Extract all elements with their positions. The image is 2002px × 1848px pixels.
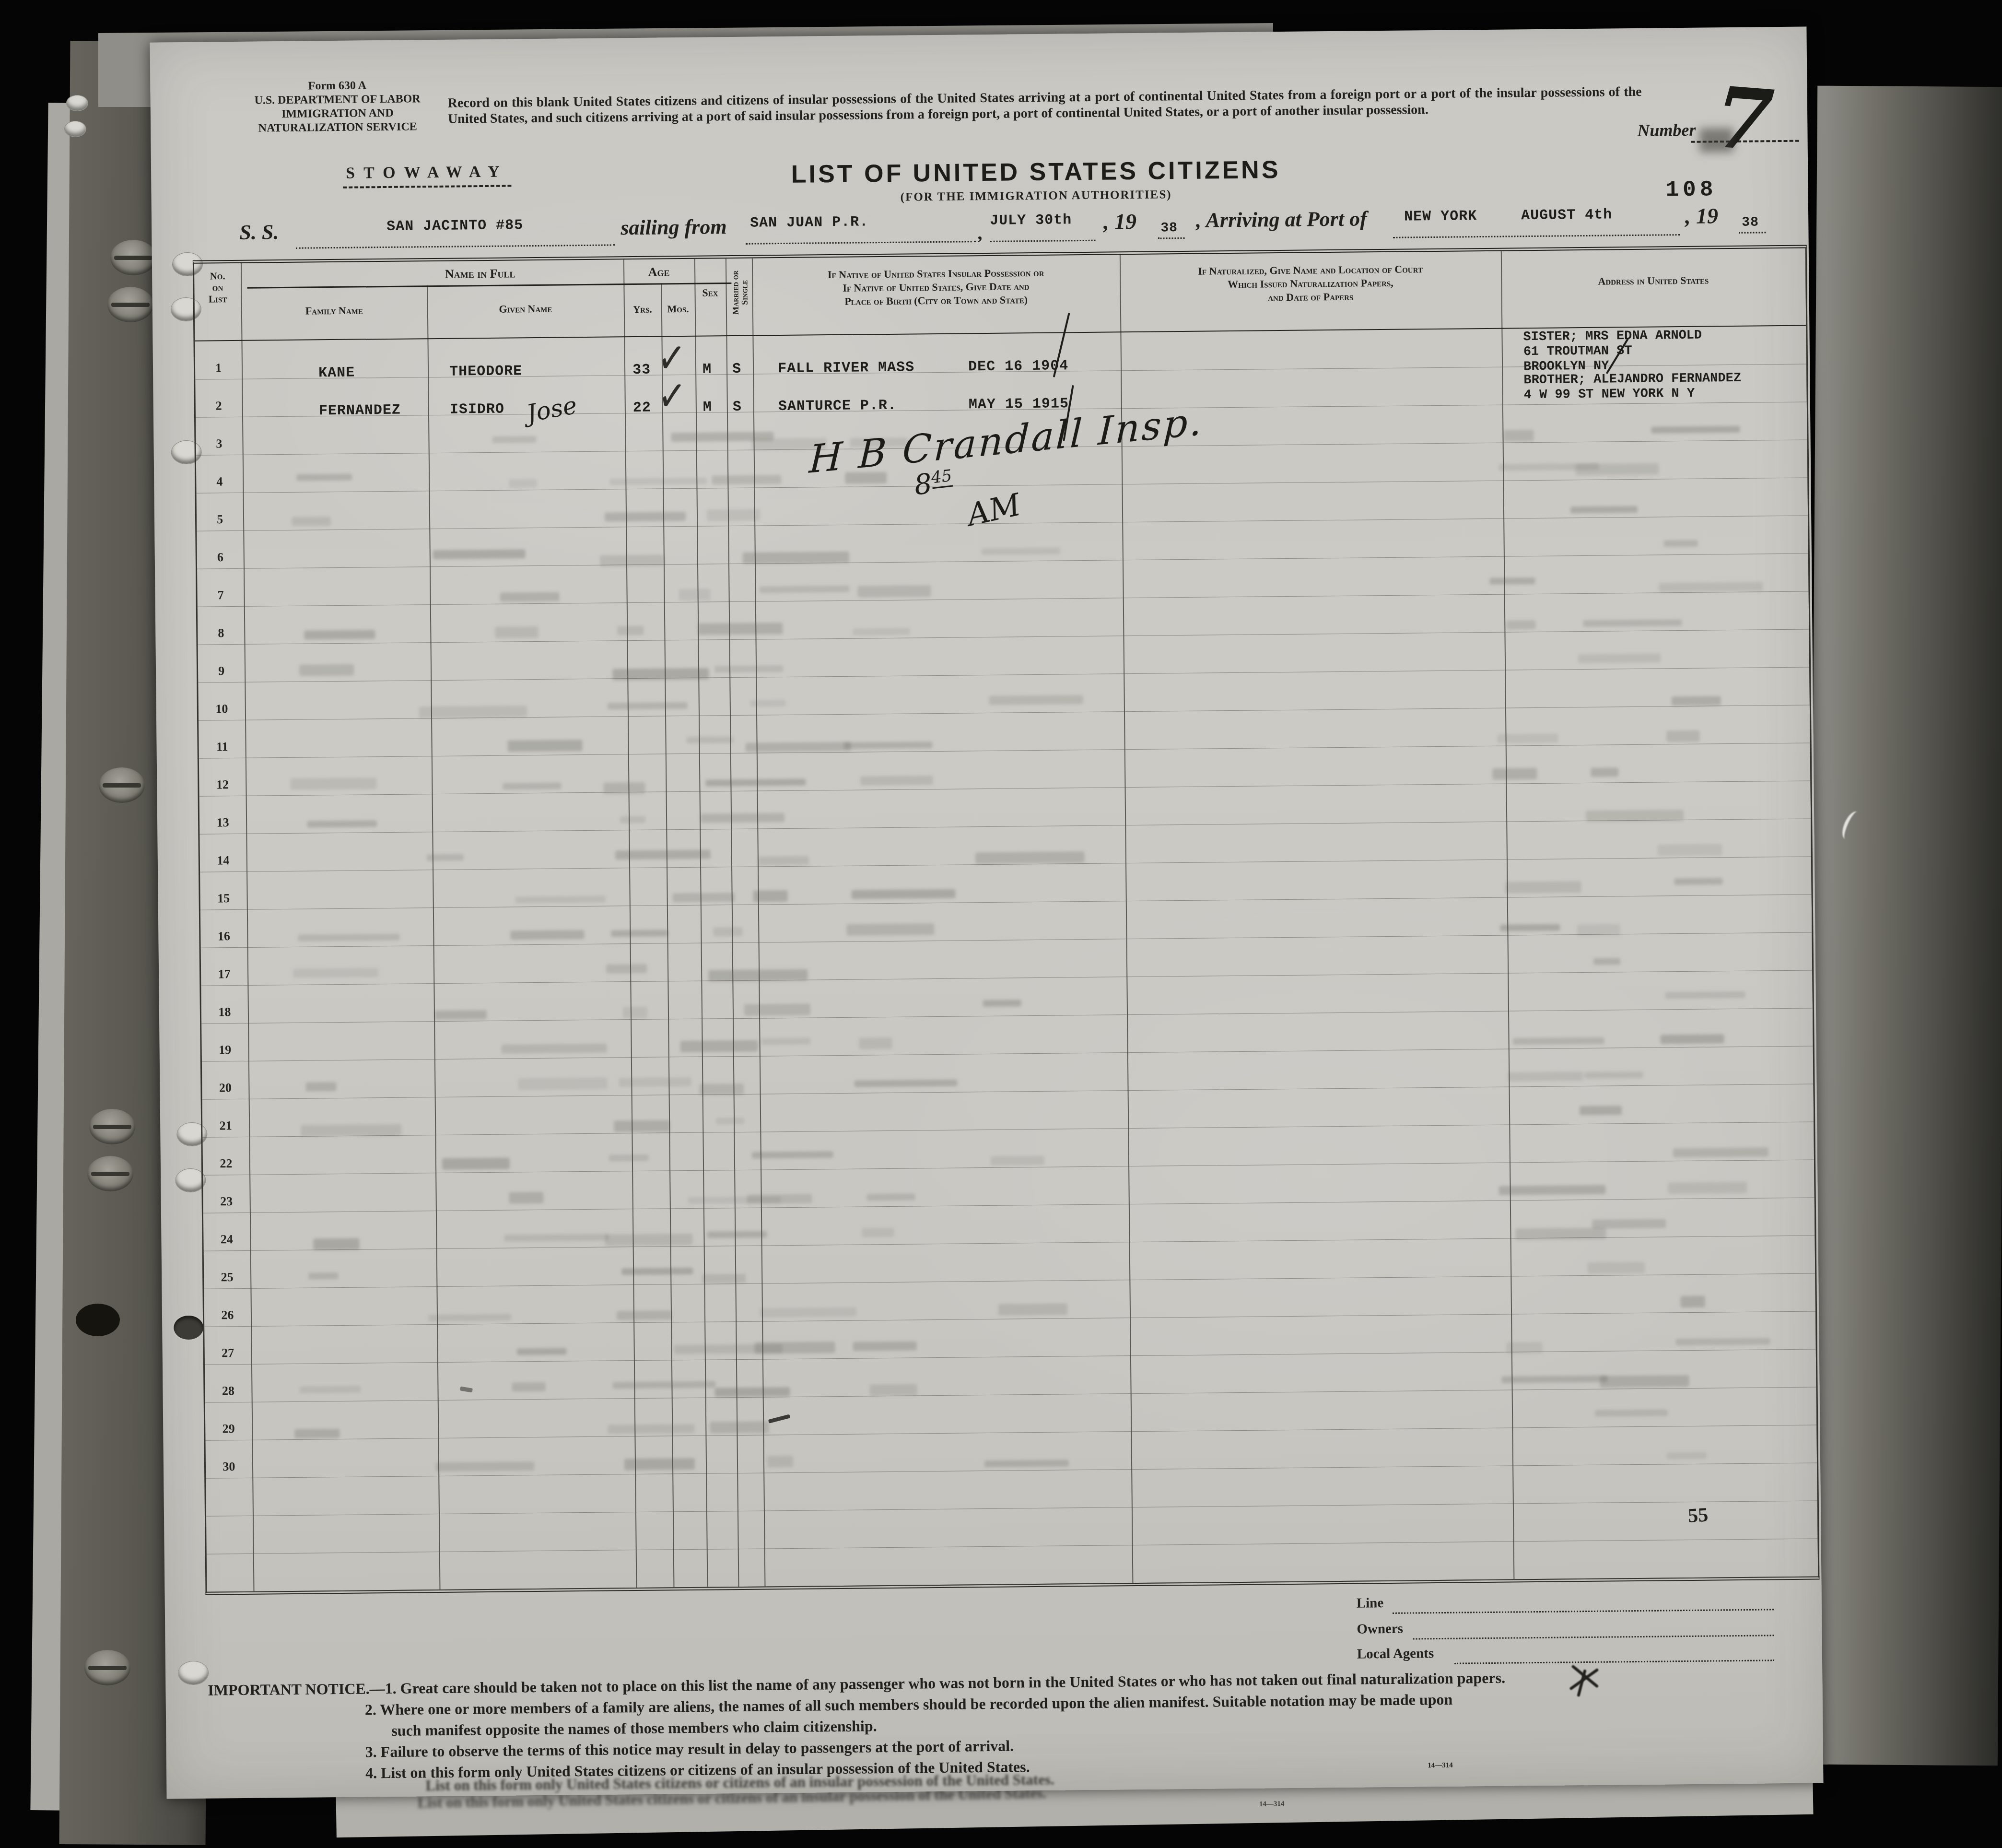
row-number: 26: [204, 1308, 251, 1323]
bleed-through-smudge: [1499, 1185, 1606, 1195]
arriving-label: , Arriving at Port of: [1196, 206, 1367, 232]
bleed-through-smudge: [492, 436, 536, 443]
number-label: Number: [1637, 120, 1696, 141]
page-title: LIST OF UNITED STATES CITIZENS: [717, 155, 1355, 190]
bleed-through-smudge: [1665, 991, 1745, 999]
punch-hole: [66, 95, 88, 111]
bleed-through-smudge: [307, 820, 377, 827]
bleed-through-smudge: [707, 1231, 767, 1238]
bleed-through-smudge: [750, 700, 786, 707]
bleed-through-smudge: [1591, 767, 1618, 777]
col-header-native-birth: If Native of United States Insular Posse…: [752, 265, 1120, 309]
bleed-through-smudge: [984, 1460, 1069, 1467]
bleed-through-smudge: [759, 586, 849, 593]
fastener-screw: [87, 1156, 133, 1191]
time-minutes: 45: [930, 466, 953, 489]
row-number: 11: [199, 740, 245, 754]
header-rule: [247, 282, 731, 289]
bleed-through-smudge: [753, 890, 788, 902]
bleed-through-smudge: [517, 1348, 567, 1355]
bleed-through-smudge: [844, 742, 933, 749]
bleed-through-smudge: [1587, 1262, 1645, 1274]
sailing-port: SAN JUAN P.R.: [750, 214, 868, 231]
bleed-through-smudge: [867, 1193, 915, 1201]
line-rule: [1393, 1591, 1774, 1614]
form-id-block: Form 630 A U.S. DEPARTMENT OF LABOR IMMI…: [222, 78, 453, 136]
col-header-address: Address in United States: [1501, 273, 1805, 289]
arrival-date: AUGUST 4th: [1521, 207, 1612, 224]
fastener-screw: [84, 1650, 130, 1685]
bleed-through-smudge: [716, 1118, 744, 1125]
row-number: 6: [197, 550, 244, 565]
row-number: 10: [199, 702, 245, 717]
bleed-through-smudge: [688, 1196, 781, 1204]
punch-hole-dark: [76, 1304, 120, 1336]
bleed-through-smudge: [299, 664, 354, 676]
row-number: 17: [201, 967, 247, 982]
ink-smudge: [1699, 128, 1733, 153]
stamp-108: 108: [1665, 177, 1717, 202]
bleed-through-smudge: [1508, 1071, 1583, 1082]
bleed-through-smudge: [674, 1344, 783, 1354]
bleed-through-smudge: [605, 512, 686, 522]
bleed-through-smudge: [854, 1080, 957, 1087]
bleed-through-smudge: [296, 474, 352, 481]
bleed-through-smudge: [620, 816, 645, 824]
bleed-through-smudge: [1666, 730, 1699, 742]
bleed-through-smudge: [308, 1272, 338, 1280]
bleed-through-smudge: [1658, 844, 1722, 856]
row-number: 12: [199, 777, 246, 792]
bleed-through-smudge: [298, 934, 399, 942]
bleed-through-smudge: [989, 695, 1083, 705]
bleed-through-smudge: [1580, 1106, 1622, 1115]
bleed-through-smudge: [502, 1044, 607, 1054]
bleed-through-smudge: [1593, 958, 1620, 965]
owners-label: Owners: [1357, 1621, 1403, 1637]
bleed-through-smudge: [1570, 506, 1638, 513]
bleed-through-smudge: [686, 736, 733, 743]
bleed-through-smudge: [714, 665, 783, 672]
sailing-year-value: 38: [1158, 221, 1184, 239]
bleed-through-smudge: [433, 549, 526, 559]
bleed-through-smudge: [983, 1000, 1021, 1007]
bleed-through-smudge: [743, 552, 849, 564]
bleed-through-smudge: [853, 1341, 917, 1351]
bleed-through-smudge: [862, 1228, 894, 1237]
col-header-age: Age: [623, 265, 694, 280]
sailing-date: JULY 30th: [990, 212, 1072, 229]
bleed-through-smudge: [504, 1234, 609, 1242]
bleed-through-smudge: [500, 592, 560, 602]
bleed-through-smudge: [680, 1040, 758, 1053]
bleed-through-smudge: [1600, 1375, 1689, 1388]
bleed-through-smudge: [869, 1384, 917, 1396]
bleed-through-smudge: [1489, 577, 1535, 585]
bleed-through-smudge: [434, 1010, 487, 1020]
sailing-from-label: sailing from: [621, 214, 727, 240]
bleed-through-smudge: [975, 851, 1085, 864]
bleed-through-smudge: [1667, 1452, 1707, 1460]
bleed-through-smudge: [615, 850, 711, 860]
bleed-through-smudge: [714, 1387, 790, 1397]
punch-hole: [178, 1661, 209, 1685]
bleed-through-smudge: [701, 813, 784, 823]
fastener-screw: [89, 1109, 135, 1144]
bleed-through-smudge: [852, 889, 956, 899]
bleed-through-smudge: [1506, 620, 1535, 630]
bleed-through-smudge: [1664, 540, 1698, 547]
bleed-through-smudge: [1500, 924, 1560, 931]
punch-hole: [64, 121, 86, 137]
row-number: 9: [198, 664, 245, 679]
bleed-through-smudge: [712, 475, 781, 484]
row-number: 8: [198, 626, 244, 641]
comma: ,: [977, 222, 982, 244]
row-number: 25: [204, 1270, 250, 1285]
bleed-through-smudge: [673, 893, 735, 902]
bleed-through-smudge: [702, 1274, 746, 1283]
bleed-through-smudge: [1672, 696, 1721, 706]
row-number: 22: [203, 1156, 249, 1171]
bleed-through-smudge: [305, 1082, 336, 1092]
bleed-through-smudge: [746, 742, 851, 752]
local-agents-rule: [1454, 1642, 1774, 1664]
bleed-through-smudge: [853, 628, 910, 636]
row-number: 21: [202, 1118, 249, 1133]
bleed-through-smudge: [294, 1429, 340, 1438]
fastener-screw: [107, 287, 153, 322]
bleed-through-smudge: [612, 1381, 715, 1389]
bleed-through-smudge: [1651, 426, 1740, 434]
arrival-port: NEW YORK: [1404, 208, 1477, 225]
col-header-yrs: Yrs.: [624, 303, 661, 316]
bleed-through-smudge: [624, 1458, 695, 1470]
scan-background: List on this form only United States cit…: [0, 0, 2002, 1848]
sailing-year-printed: , 19: [1103, 209, 1137, 235]
bleed-through-smudge: [860, 776, 933, 785]
col-header-no-on-list: No. on List: [194, 270, 241, 305]
bleed-through-smudge: [1492, 768, 1537, 780]
row-number: 1: [195, 361, 242, 376]
bleed-through-smudge: [1592, 1219, 1666, 1228]
bleed-through-smudge: [608, 1424, 694, 1434]
manifest-table-rows: 1KANETHEODORE33✓MSFALL RIVER MASSDEC 16 …: [195, 326, 1806, 341]
row-number: 14: [200, 853, 246, 868]
col-header-mos: Mos.: [661, 303, 695, 316]
bleed-through-smudge: [767, 1456, 793, 1468]
col-header-family-name: Family Name: [241, 304, 427, 318]
local-agents-label: Local Agents: [1357, 1646, 1434, 1662]
print-code-ghost: 14—314: [1259, 1800, 1285, 1809]
bleed-through-smudge: [442, 1158, 510, 1170]
col-header-sex: Sex: [694, 286, 726, 299]
page-number-stamp: 55: [1687, 1504, 1709, 1528]
bleed-through-smudge: [609, 478, 707, 485]
fastener-screw: [99, 767, 145, 803]
bleed-through-smudge: [679, 589, 710, 600]
bleed-through-smudge: [1659, 582, 1763, 592]
row-number: 27: [205, 1346, 251, 1361]
bleed-through-smudge: [611, 930, 668, 937]
bleed-through-smudge: [617, 626, 644, 636]
row-number: 23: [203, 1194, 250, 1209]
bleed-through-smudge: [1503, 430, 1534, 442]
bleed-through-smudge: [503, 783, 561, 790]
bleed-through-smudge: [846, 923, 934, 936]
bleed-through-smudge: [752, 1151, 833, 1159]
row-number: 19: [202, 1043, 248, 1058]
row-number: 4: [196, 474, 243, 489]
bleed-through-smudge: [436, 1461, 534, 1471]
bleed-through-smudge: [428, 1314, 511, 1322]
bleed-through-smudge: [508, 740, 583, 752]
col-header-naturalized: If Naturalized, Give Name and Location o…: [1120, 262, 1501, 306]
bleed-through-smudge: [290, 777, 376, 790]
arrival-year-printed: , 19: [1685, 203, 1719, 229]
bleed-through-smudge: [698, 623, 783, 635]
bleed-through-smudge: [605, 1234, 692, 1246]
bleed-through-smudge: [1513, 1037, 1604, 1045]
bleed-through-smudge: [991, 1156, 1044, 1165]
bleed-through-smudge: [982, 547, 1060, 555]
bleed-through-smudge: [744, 1004, 810, 1016]
bleed-through-smudge: [1661, 1034, 1724, 1044]
bleed-through-smudge: [1578, 653, 1661, 663]
bleed-through-smudge: [515, 896, 606, 904]
bleed-through-smudge: [705, 779, 806, 787]
bleed-through-smudge: [1501, 1376, 1607, 1383]
bleed-through-smudge: [301, 1124, 401, 1137]
arrival-year-value: 38: [1739, 215, 1766, 234]
row-number: 24: [203, 1232, 250, 1247]
bleed-through-smudge: [1584, 1071, 1643, 1079]
bleed-through-smudge: [509, 1192, 544, 1204]
bleed-through-smudge: [313, 1238, 359, 1250]
fastener-screw: [110, 240, 156, 275]
row-number: 29: [205, 1422, 252, 1436]
ss-label: S. S.: [239, 220, 279, 245]
stowaway-stamp: STOWAWAY: [343, 163, 511, 188]
bleed-through-smudge: [1673, 1147, 1768, 1157]
bleed-through-smudge: [1505, 881, 1581, 894]
bleed-through-smudge: [1583, 619, 1682, 627]
bleed-through-smudge: [998, 1303, 1067, 1315]
bleed-through-smudge: [609, 1154, 649, 1162]
bleed-through-smudge: [509, 479, 537, 488]
row-number: 3: [196, 436, 242, 451]
row-number: 16: [200, 929, 247, 944]
bleed-through-smudge: [292, 517, 331, 526]
form-instructions: Record on this blank United States citiz…: [448, 84, 1642, 127]
bleed-through-smudge: [608, 702, 688, 710]
bleed-through-smudge: [710, 1421, 769, 1433]
row-number: 2: [196, 399, 242, 413]
punch-hole-dark: [174, 1316, 203, 1340]
bleed-through-smudge: [713, 927, 742, 937]
owners-rule: [1413, 1617, 1774, 1639]
bleed-through-smudge: [760, 1307, 856, 1318]
bleed-through-smudge: [299, 1386, 361, 1393]
bleed-through-smudge: [859, 1037, 892, 1049]
row-number: 13: [199, 815, 246, 830]
row-number: 5: [197, 512, 243, 527]
bleed-through-smudge: [1681, 1296, 1705, 1307]
bleed-through-smudge: [1595, 1409, 1668, 1416]
bleed-through-smudge: [614, 1120, 670, 1132]
bleed-through-smudge: [304, 630, 375, 639]
bleed-through-smudge: [707, 509, 760, 521]
cell-address: BROTHER; ALEJANDRO FERNANDEZ4 W 99 ST NE…: [1523, 370, 1812, 403]
row-number: 15: [200, 891, 246, 906]
bleed-through-smudge: [1575, 463, 1659, 476]
bleed-through-smudge: [1497, 734, 1558, 743]
bleed-through-smudge: [1674, 878, 1722, 885]
bleed-through-smudge: [623, 1007, 647, 1018]
bleed-through-smudge: [510, 930, 584, 940]
col-header-given-name: Given Name: [427, 302, 624, 316]
number-value-handwritten: 7: [1711, 68, 1777, 171]
bleed-through-smudge: [1676, 1338, 1770, 1345]
ship-name: SAN JACINTO #85: [386, 217, 523, 235]
bleed-through-smudge: [621, 1268, 693, 1275]
page-stack-edge: [1806, 86, 2002, 1766]
row-number: 28: [205, 1384, 251, 1399]
bleed-through-smudge: [761, 1038, 810, 1045]
bleed-through-smudge: [427, 854, 464, 861]
line-label: Line: [1357, 1595, 1384, 1612]
bleed-through-smudge: [758, 856, 809, 866]
bleed-through-smudge: [419, 706, 527, 718]
bleed-through-smudge: [671, 432, 773, 442]
bleed-through-smudge: [293, 968, 378, 978]
time-note: 845: [913, 465, 954, 502]
bleed-through-smudge: [1668, 1182, 1747, 1194]
address-line: 4 W 99 ST NEW YORK N Y: [1524, 385, 1812, 403]
row-number: 7: [197, 588, 244, 603]
bleed-through-smudge: [606, 964, 647, 974]
row-number: 30: [206, 1460, 252, 1474]
bleed-through-smudge: [518, 1078, 607, 1090]
bleed-through-smudge: [857, 585, 931, 597]
bleed-through-smudge: [495, 626, 538, 638]
manifest-page: Form 630 A U.S. DEPARTMENT OF LABOR IMMI…: [150, 27, 1824, 1799]
row-number: 20: [202, 1081, 248, 1095]
bleed-through-smudge: [619, 1077, 691, 1087]
page-subtitle: (FOR THE IMMIGRATION AUTHORITIES): [717, 187, 1355, 206]
bleed-through-smudge: [512, 1382, 545, 1392]
bleed-through-smudge: [617, 1310, 672, 1320]
row-number: 18: [201, 1005, 248, 1020]
col-header-married-single: Married or Single: [731, 254, 750, 331]
